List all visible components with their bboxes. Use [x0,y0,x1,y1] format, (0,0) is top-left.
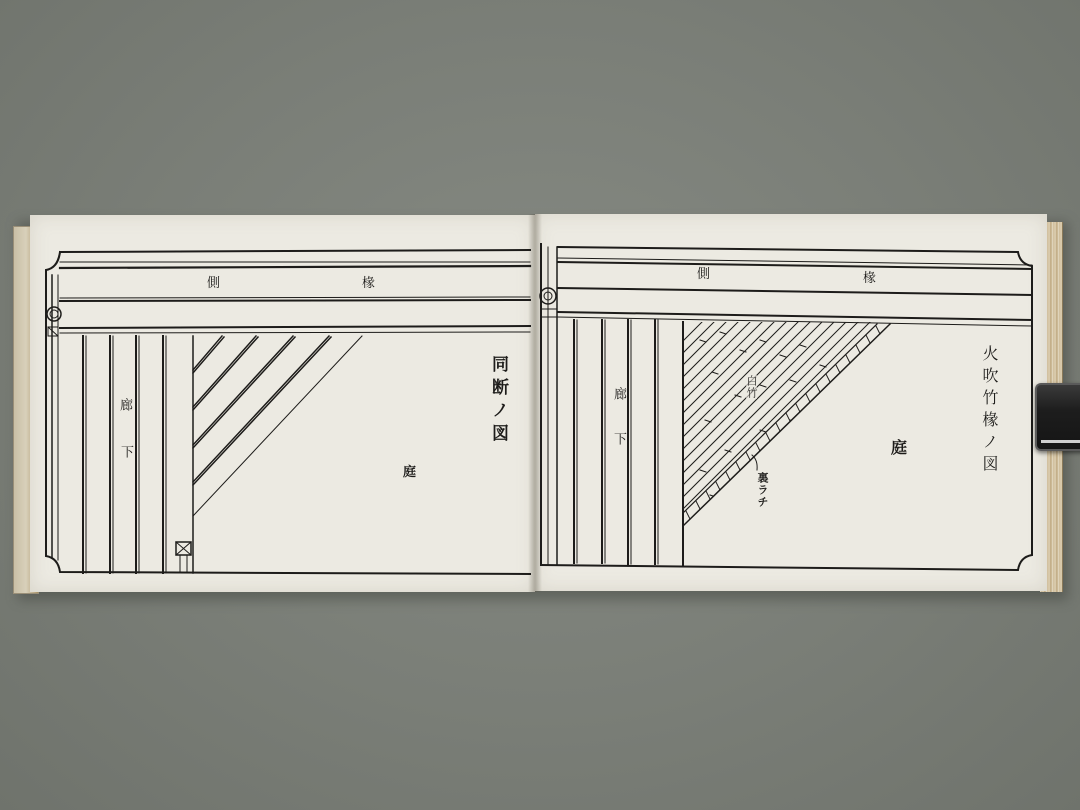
left-page-title: 同断ノ図 [489,355,506,447]
right-plan-frame [540,244,1032,570]
edge-band-label: 裏ラチ [757,472,768,508]
left-garden-label: 庭 [403,466,416,479]
left-corridor-label-1: 廊 [118,398,131,413]
right-band-label-veranda: 椽 [863,272,876,285]
right-page-title: 火吹竹椽ノ図 [981,345,997,477]
right-corridor-label-2: 下 [612,432,625,447]
bamboo-label: 白竹 [746,375,757,399]
right-corridor-label-1: 廊 [612,387,625,402]
right-garden-label: 庭 [891,440,907,456]
right-band-label-side: 側 [697,268,710,281]
left-band-label-veranda: 椽 [362,277,375,290]
left-band-label-side: 側 [207,277,220,290]
binder-clip [1035,383,1080,451]
left-corridor-label-2: 下 [119,445,132,460]
floor-plan-drawings [0,0,1080,810]
